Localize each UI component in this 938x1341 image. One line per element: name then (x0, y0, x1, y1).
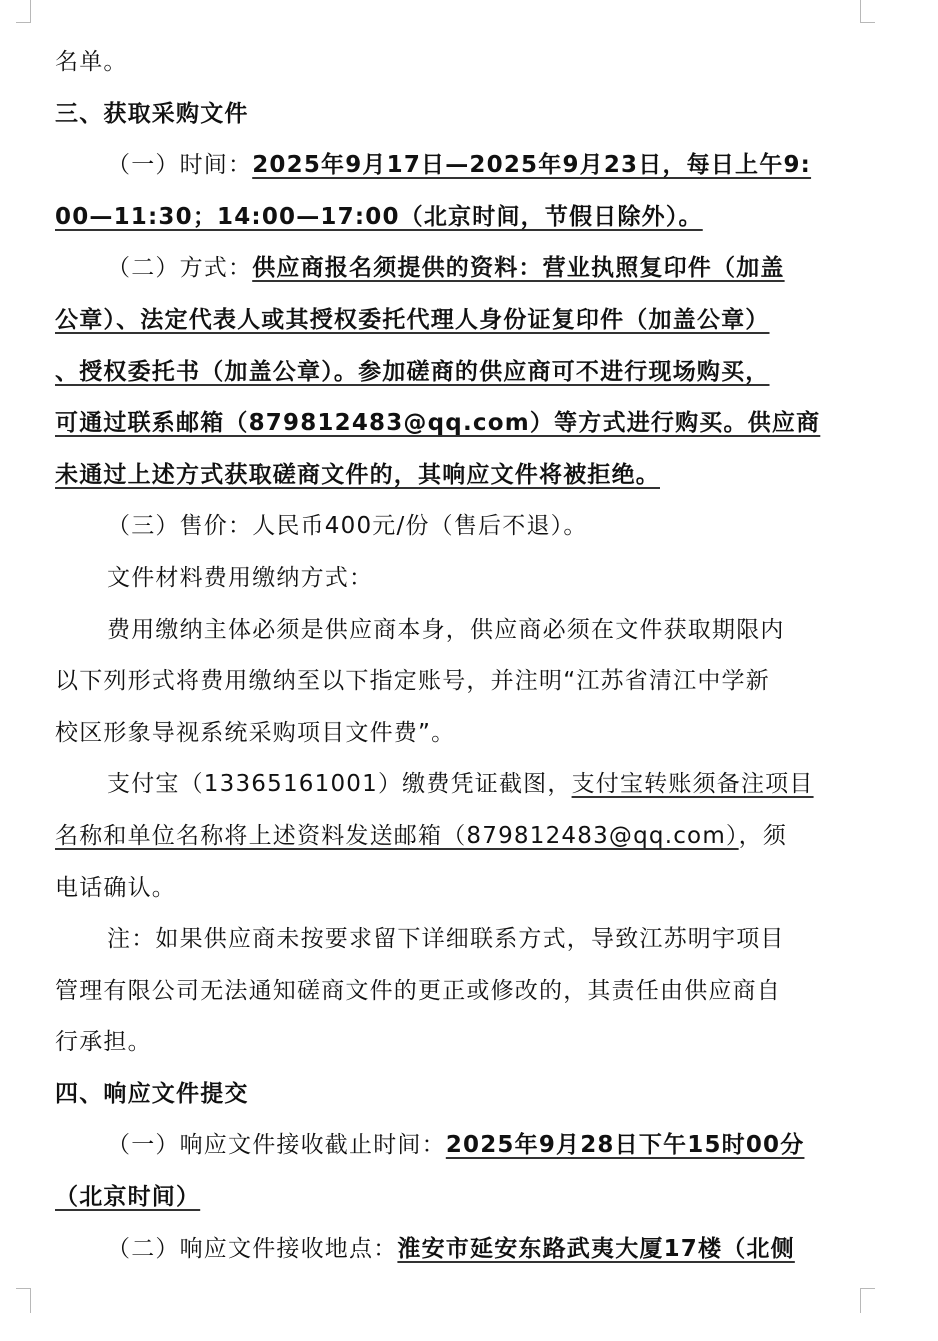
body-text: （一）响应文件接收截止时间： (107, 1132, 446, 1158)
section-heading: 三、获取采购文件 (55, 101, 249, 127)
body-text: 注：如果供应商未按要求留下详细联系方式，导致江苏明宇项目 (107, 926, 785, 952)
text-line: 以下列形式将费用缴纳至以下指定账号，并注明“江苏省清江中学新 (55, 657, 861, 709)
body-text: （二）方式： (107, 255, 252, 281)
emphasized-text: 公章）、法定代表人或其授权委托代理人身份证复印件（加盖公章） (55, 307, 770, 333)
emphasized-text: 淮安市延安东路武夷大厦17楼（北侧 (397, 1236, 794, 1262)
text-line: 支付宝（13365161001）缴费凭证截图，支付宝转账须备注项目 (55, 760, 861, 812)
text-line: 电话确认。 (55, 864, 861, 916)
text-line: （一）响应文件接收截止时间：2025年9月28日下午15时00分 (55, 1121, 861, 1173)
text-line: （二）方式：供应商报名须提供的资料：营业执照复印件（加盖 (55, 244, 861, 296)
text-line: 名单。 (55, 38, 861, 90)
emphasized-text: 2025年9月17日—2025年9月23日，每日上午9: (252, 152, 811, 178)
body-text: 行承担。 (55, 1029, 152, 1055)
emphasized-text: 供应商报名须提供的资料：营业执照复印件（加盖 (252, 255, 784, 281)
body-text: 文件材料费用缴纳方式： (107, 565, 373, 591)
text-line: （二）响应文件接收地点：淮安市延安东路武夷大厦17楼（北侧 (55, 1225, 861, 1277)
body-text: （一）时间： (107, 152, 252, 178)
body-text: 校区形象导视系统采购项目文件费”。 (55, 720, 455, 746)
body-text: 管理有限公司无法通知磋商文件的更正或修改的，其责任由供应商自 (55, 978, 781, 1004)
text-line: 、授权委托书（加盖公章）。参加磋商的供应商可不进行现场购买， (55, 348, 861, 400)
text-line: 可通过联系邮箱（879812483@qq.com）等方式进行购买。供应商 (55, 399, 861, 451)
body-text: 电话确认。 (55, 875, 176, 901)
text-line: （北京时间） (55, 1173, 861, 1225)
text-line: 00—11:30；14:00—17:00（北京时间，节假日除外）。 (55, 193, 861, 245)
emphasized-text: 未通过上述方式获取磋商文件的，其响应文件将被拒绝。 (55, 462, 660, 488)
text-line: 费用缴纳主体必须是供应商本身，供应商必须在文件获取期限内 (55, 606, 861, 658)
text-line: 注：如果供应商未按要求留下详细联系方式，导致江苏明宇项目 (55, 915, 861, 967)
emphasized-text: 00—11:30；14:00—17:00（北京时间，节假日除外）。 (55, 204, 703, 230)
text-line: （一）时间：2025年9月17日—2025年9月23日，每日上午9: (55, 141, 861, 193)
text-line: 名称和单位名称将上述资料发送邮箱（879812483@qq.com），须 (55, 812, 861, 864)
section-heading: 四、响应文件提交 (55, 1081, 249, 1107)
page-corner-mark-top-right (860, 0, 875, 23)
text-line: 文件材料费用缴纳方式： (55, 554, 861, 606)
text-line: 校区形象导视系统采购项目文件费”。 (55, 709, 861, 761)
text-line: 未通过上述方式获取磋商文件的，其响应文件将被拒绝。 (55, 451, 861, 503)
document-page: 名单。三、获取采购文件（一）时间：2025年9月17日—2025年9月23日，每… (55, 38, 861, 1276)
page-corner-mark-bottom-right (860, 1288, 875, 1313)
emphasized-text: （北京时间） (55, 1184, 200, 1210)
page-corner-mark-bottom-left (16, 1288, 31, 1313)
body-text: ，须 (739, 823, 787, 849)
body-text: （三）售价：人民币400元/份（售后不退）。 (107, 513, 588, 539)
emphasized-text: 2025年9月28日下午15时00分 (446, 1132, 805, 1158)
emphasized-text: 、授权委托书（加盖公章）。参加磋商的供应商可不进行现场购买， (55, 359, 770, 385)
body-text: 名单。 (55, 49, 128, 75)
text-line: 行承担。 (55, 1018, 861, 1070)
page-corner-mark-top-left (16, 0, 31, 23)
body-text: 支付宝（13365161001）缴费凭证截图， (107, 771, 572, 797)
body-text: 费用缴纳主体必须是供应商本身，供应商必须在文件获取期限内 (107, 617, 785, 643)
text-line: 管理有限公司无法通知磋商文件的更正或修改的，其责任由供应商自 (55, 967, 861, 1019)
underlined-text: 名称和单位名称将上述资料发送邮箱（879812483@qq.com） (55, 823, 739, 849)
text-line: 三、获取采购文件 (55, 90, 861, 142)
body-text: 以下列形式将费用缴纳至以下指定账号，并注明“江苏省清江中学新 (55, 668, 770, 694)
text-line: 公章）、法定代表人或其授权委托代理人身份证复印件（加盖公章） (55, 296, 861, 348)
text-line: 四、响应文件提交 (55, 1070, 861, 1122)
text-line: （三）售价：人民币400元/份（售后不退）。 (55, 502, 861, 554)
underlined-text: 支付宝转账须备注项目 (572, 771, 814, 797)
emphasized-text: 可通过联系邮箱（879812483@qq.com）等方式进行购买。供应商 (55, 410, 820, 436)
body-text: （二）响应文件接收地点： (107, 1236, 397, 1262)
